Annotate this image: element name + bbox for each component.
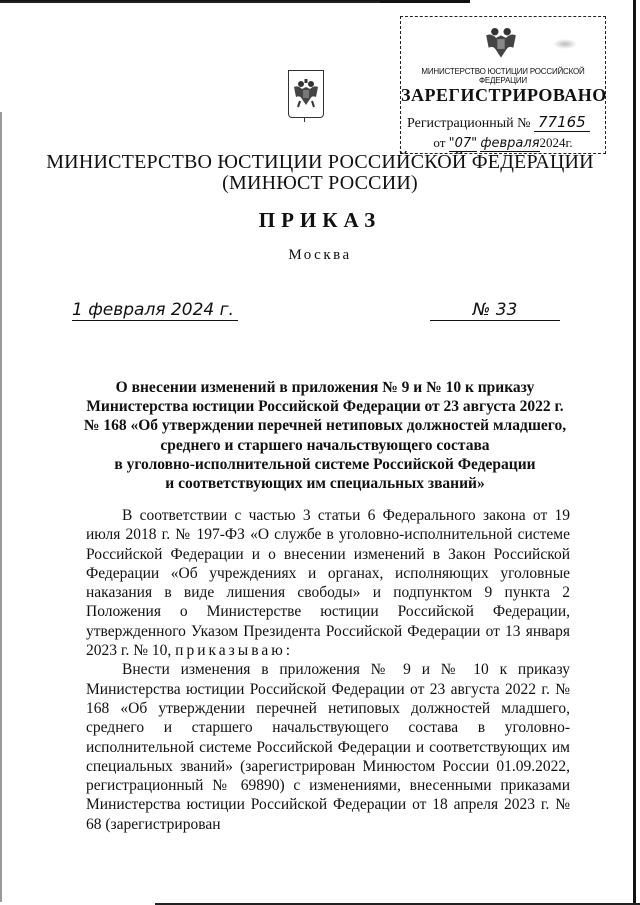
city: Москва (0, 247, 640, 264)
order-title: О внесении изменений в приложения № 9 и … (60, 378, 590, 493)
ministry-name: МИНИСТЕРСТВО ЮСТИЦИИ РОССИЙСКОЙ ФЕДЕРАЦИ… (0, 152, 640, 173)
title-line: в уголовно-исполнительной системе Россий… (60, 455, 590, 474)
order-word: приказываю: (175, 642, 293, 659)
preamble-text: В соответствии с частью 3 статьи 6 Федер… (86, 507, 570, 659)
order-number: № 33 (430, 300, 560, 321)
emblem-shield-point (304, 117, 305, 122)
scan-edge-top-shadow (0, 1, 380, 3)
stamp-date-prefix: от (433, 135, 445, 150)
stamp-reg-label: Регистрационный № (407, 116, 531, 131)
coat-of-arms-emblem (288, 70, 324, 118)
ministry-heading: МИНИСТЕРСТВО ЮСТИЦИИ РОССИЙСКОЙ ФЕДЕРАЦИ… (0, 152, 640, 194)
title-line: О внесении изменений в приложения № 9 и … (60, 378, 590, 397)
stamp-status: ЗАРЕГИСТРИРОВАНО (401, 85, 605, 106)
order-body: В соответствии с частью 3 статьи 6 Федер… (86, 506, 570, 834)
stamp-date-year: 2024г. (540, 135, 573, 150)
double-headed-eagle-icon (292, 77, 320, 111)
stamp-ministry: МИНИСТЕРСТВО ЮСТИЦИИ РОССИЙСКОЙ ФЕДЕРАЦИ… (401, 67, 605, 85)
registration-stamp: МИНИСТЕРСТВО ЮСТИЦИИ РОССИЙСКОЙ ФЕДЕРАЦИ… (400, 16, 606, 154)
stamp-date-month: февраля (480, 136, 539, 152)
title-line: и соответствующих им специальных званий» (60, 474, 590, 493)
ministry-abbr: (МИНЮСТ РОССИИ) (0, 173, 640, 194)
title-line: № 168 «Об утверждении перечней нетиповых… (60, 416, 590, 435)
scan-edge-right (633, 0, 636, 905)
body-paragraph-directive: Внести изменения в приложения № 9 и № 10… (86, 660, 570, 834)
stamp-reg-line: Регистрационный № 77165 (407, 113, 605, 132)
title-line: среднего и старшего начальствующего сост… (60, 436, 590, 455)
stamp-reg-number: 77165 (534, 113, 590, 132)
title-line: Министерства юстиции Российской Федераци… (60, 397, 590, 416)
stamp-smudge (553, 39, 577, 49)
body-paragraph-preamble: В соответствии с частью 3 статьи 6 Федер… (86, 506, 570, 660)
stamp-date-day: "07" (449, 136, 478, 152)
stamp-eagle-icon (483, 23, 519, 65)
stamp-date-line: от "07" февраля2024г. (401, 135, 605, 151)
order-date: 1 февраля 2024 г. (72, 300, 238, 321)
document-type: ПРИКАЗ (0, 208, 640, 233)
